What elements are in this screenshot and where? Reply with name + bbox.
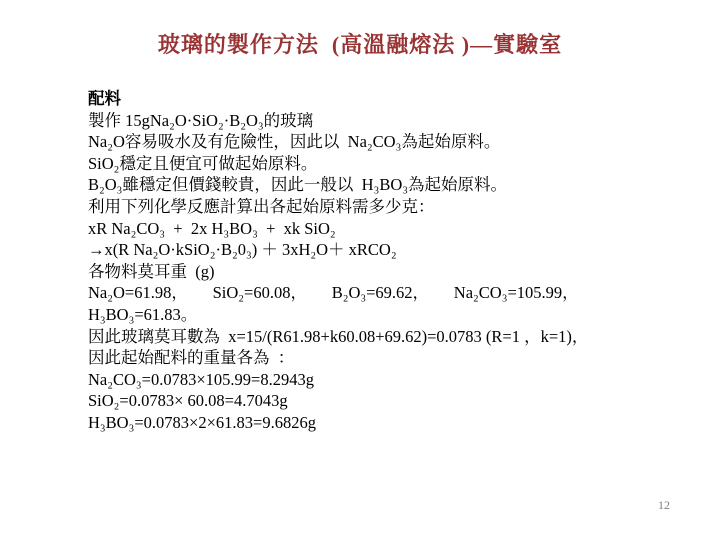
text-line: 各物料莫耳重 (g) [88,261,688,283]
text-line: SiO₂穩定且便宜可做起始原料。 [88,153,688,175]
slide-canvas: 玻璃的製作方法 (高溫融熔法 )—實驗室 配料 製作 15gNa₂O·SiO₂·… [0,0,720,540]
body-text-block: 配料 製作 15gNa₂O·SiO₂·B₂O₃的玻璃 Na₂O容易吸水及有危險性… [88,88,688,434]
text-line: Na₂CO₃=0.0783×105.99=8.2943g [88,369,688,391]
page-number: 12 [658,498,670,513]
text-line: Na₂O=61.98， SiO₂=60.08， B₂O₃=69.62， Na₂C… [88,282,688,304]
text-line: 因此玻璃莫耳數為 x=15/(R61.98+k60.08+69.62)=0.07… [88,326,688,348]
text-line: 利用下列化學反應計算出各起始原料需多少克： [88,196,688,218]
text-line: xR Na₂CO₃ + 2x H₃BO₃ + xk SiO₂ [88,218,688,240]
text-line: →x(R Na₂O·kSiO₂·B₂0₃) ＋ 3xH₂O＋ xRCO₂ [88,239,688,261]
slide-title: 玻璃的製作方法 (高溫融熔法 )—實驗室 [0,28,720,59]
text-line: H₃BO₃=61.83。 [88,304,688,326]
text-line: Na₂O容易吸水及有危險性，因此以 Na₂CO₃為起始原料。 [88,131,688,153]
text-line-heading: 配料 [88,88,688,110]
text-line: H₃BO₃=0.0783×2×61.83=9.6826g [88,412,688,434]
text-line: 製作 15gNa₂O·SiO₂·B₂O₃的玻璃 [88,110,688,132]
text-line: 因此起始配料的重量各為 ： [88,347,688,369]
text-line: B₂O₃雖穩定但價錢較貴，因此一般以 H₃BO₃為起始原料。 [88,174,688,196]
text-line: SiO₂=0.0783× 60.08=4.7043g [88,390,688,412]
